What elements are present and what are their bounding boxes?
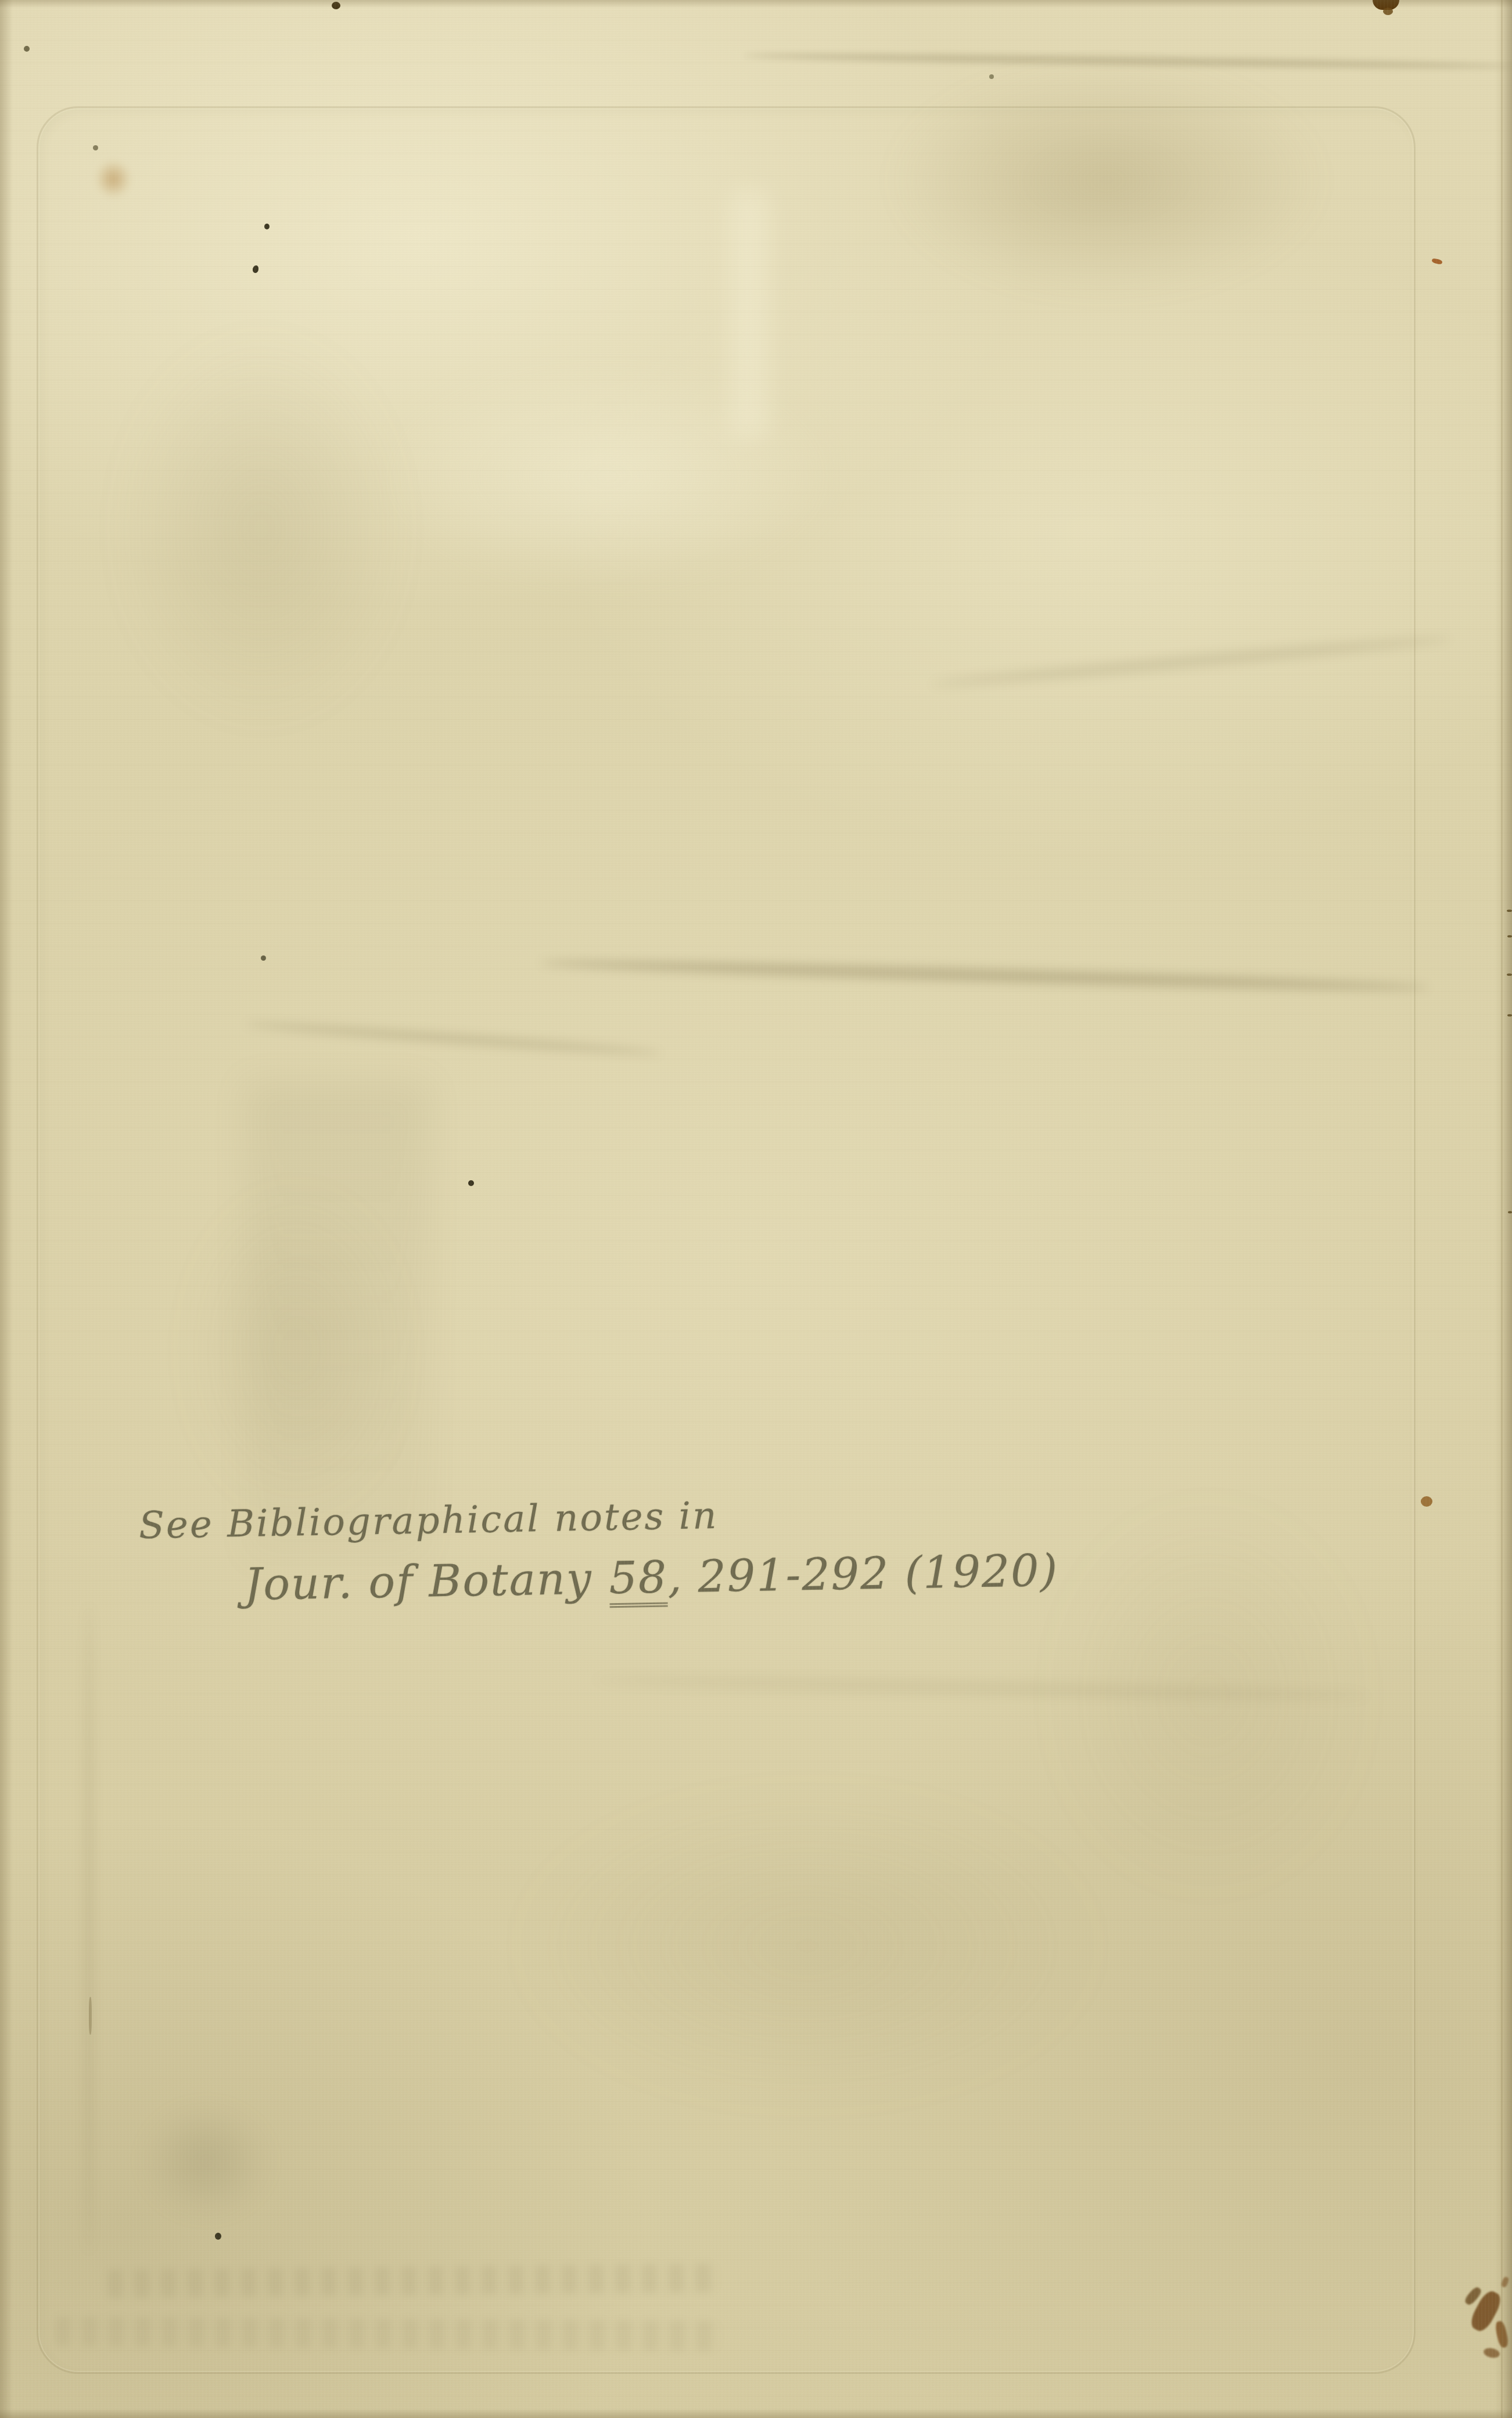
fore-edge-line xyxy=(1501,0,1503,2418)
page-edge-top xyxy=(0,0,1512,8)
page-edge-bottom xyxy=(0,2409,1512,2418)
page-edge-right xyxy=(1495,0,1512,2418)
scanned-book-page: See Bibliographical notes in Jour. of Bo… xyxy=(0,0,1512,2418)
scan-vignette xyxy=(0,0,1512,2418)
page-edge-left xyxy=(0,0,13,2418)
